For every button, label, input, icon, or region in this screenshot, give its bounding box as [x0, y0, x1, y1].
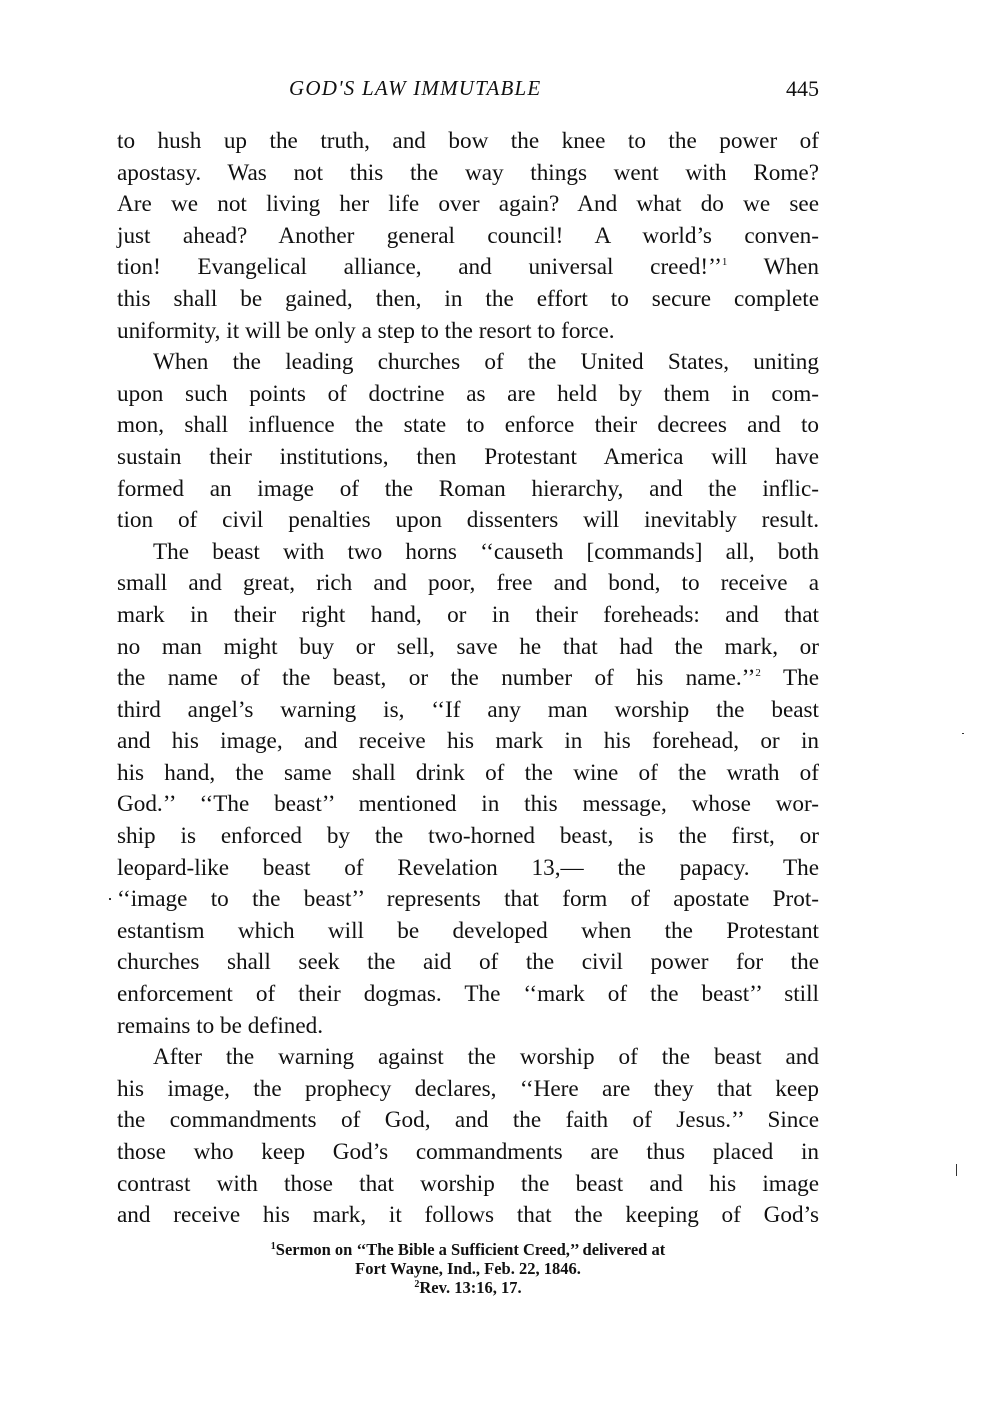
text-line: third angel’s warning is, ‘‘If any man w… [117, 695, 819, 727]
footnote-ref-1: 1 [722, 256, 728, 268]
text-line: his image, the prophecy declares, ‘‘Here… [117, 1074, 819, 1106]
footnote-1-line: Fort Wayne, Ind., Feb. 22, 1846. [117, 1259, 819, 1278]
text-line: estantism which will be developed when t… [117, 916, 819, 948]
scan-mark [956, 1164, 957, 1176]
text-line: to hush up the truth, and bow the knee t… [117, 126, 819, 158]
footnotes: 1Sermon on ‘‘The Bible a Sufficient Cree… [117, 1240, 819, 1297]
text-line: Are we not living her life over again? A… [117, 189, 819, 221]
page-number: 445 [786, 76, 819, 102]
scan-speck [109, 898, 111, 900]
scan-speck [962, 733, 964, 734]
body-text: to hush up the truth, and bow the knee t… [117, 126, 819, 1232]
text-line-with-footnote: tion! Evangelical alliance, and universa… [117, 252, 819, 284]
paragraph-3: The beast with two horns ‘‘causeth [comm… [117, 537, 819, 1043]
text-fragment: tion! Evangelical alliance, and universa… [117, 254, 722, 280]
paragraph-1: to hush up the truth, and bow the knee t… [117, 126, 819, 347]
text-fragment: The [783, 665, 819, 691]
text-line: this shall be gained, then, in the effor… [117, 284, 819, 316]
text-fragment: When [764, 254, 819, 280]
text-line: the commandments of God, and the faith o… [117, 1105, 819, 1137]
text-line: his hand, the same shall drink of the wi… [117, 758, 819, 790]
text-line: uniformity, it will be only a step to th… [117, 316, 819, 348]
text-line: enforcement of their dogmas. The ‘‘mark … [117, 979, 819, 1011]
text-line: just ahead? Another general council! A w… [117, 221, 819, 253]
text-line: sustain their institutions, then Protest… [117, 442, 819, 474]
paragraph-4: After the warning against the worship of… [117, 1042, 819, 1232]
running-head: GOD'S LAW IMMUTABLE 445 [117, 76, 819, 106]
text-line: and receive his mark, it follows that th… [117, 1200, 819, 1232]
text-line: ‘‘image to the beast’’ represents that f… [117, 884, 819, 916]
text-line: and his image, and receive his mark in h… [117, 726, 819, 758]
text-line: mon, shall influence the state to enforc… [117, 410, 819, 442]
footnote-ref-2: 2 [755, 667, 761, 679]
text-line: churches shall seek the aid of the civil… [117, 947, 819, 979]
text-line: small and great, rich and poor, free and… [117, 568, 819, 600]
text-line: When the leading churches of the United … [117, 347, 819, 379]
running-title: GOD'S LAW IMMUTABLE [289, 76, 541, 101]
text-line: leopard-like beast of Revelation 13,— th… [117, 853, 819, 885]
text-line: After the warning against the worship of… [117, 1042, 819, 1074]
text-line: The beast with two horns ‘‘causeth [comm… [117, 537, 819, 569]
text-line: mark in their right hand, or in their fo… [117, 600, 819, 632]
text-line: contrast with those that worship the bea… [117, 1169, 819, 1201]
text-line: God.’’ ‘‘The beast’’ mentioned in this m… [117, 789, 819, 821]
text-fragment: the name of the beast, or the number of … [117, 665, 755, 691]
text-line: those who keep God’s commandments are th… [117, 1137, 819, 1169]
footnote-text: Rev. 13:16, 17. [419, 1278, 521, 1297]
text-line-with-footnote: the name of the beast, or the number of … [117, 663, 819, 695]
text-line: remains to be defined. [117, 1011, 819, 1043]
text-line: apostasy. Was not this the way things we… [117, 158, 819, 190]
paragraph-2: When the leading churches of the United … [117, 347, 819, 537]
footnote-2-line: 2Rev. 13:16, 17. [117, 1278, 819, 1297]
footnote-text: Sermon on ‘‘The Bible a Sufficient Creed… [276, 1240, 665, 1259]
footnote-1-line: 1Sermon on ‘‘The Bible a Sufficient Cree… [117, 1240, 819, 1259]
text-line: formed an image of the Roman hierarchy, … [117, 474, 819, 506]
text-line: no man might buy or sell, save he that h… [117, 632, 819, 664]
text-line: tion of civil penalties upon dissenters … [117, 505, 819, 537]
text-line: upon such points of doctrine as are held… [117, 379, 819, 411]
text-line: ship is enforced by the two-horned beast… [117, 821, 819, 853]
